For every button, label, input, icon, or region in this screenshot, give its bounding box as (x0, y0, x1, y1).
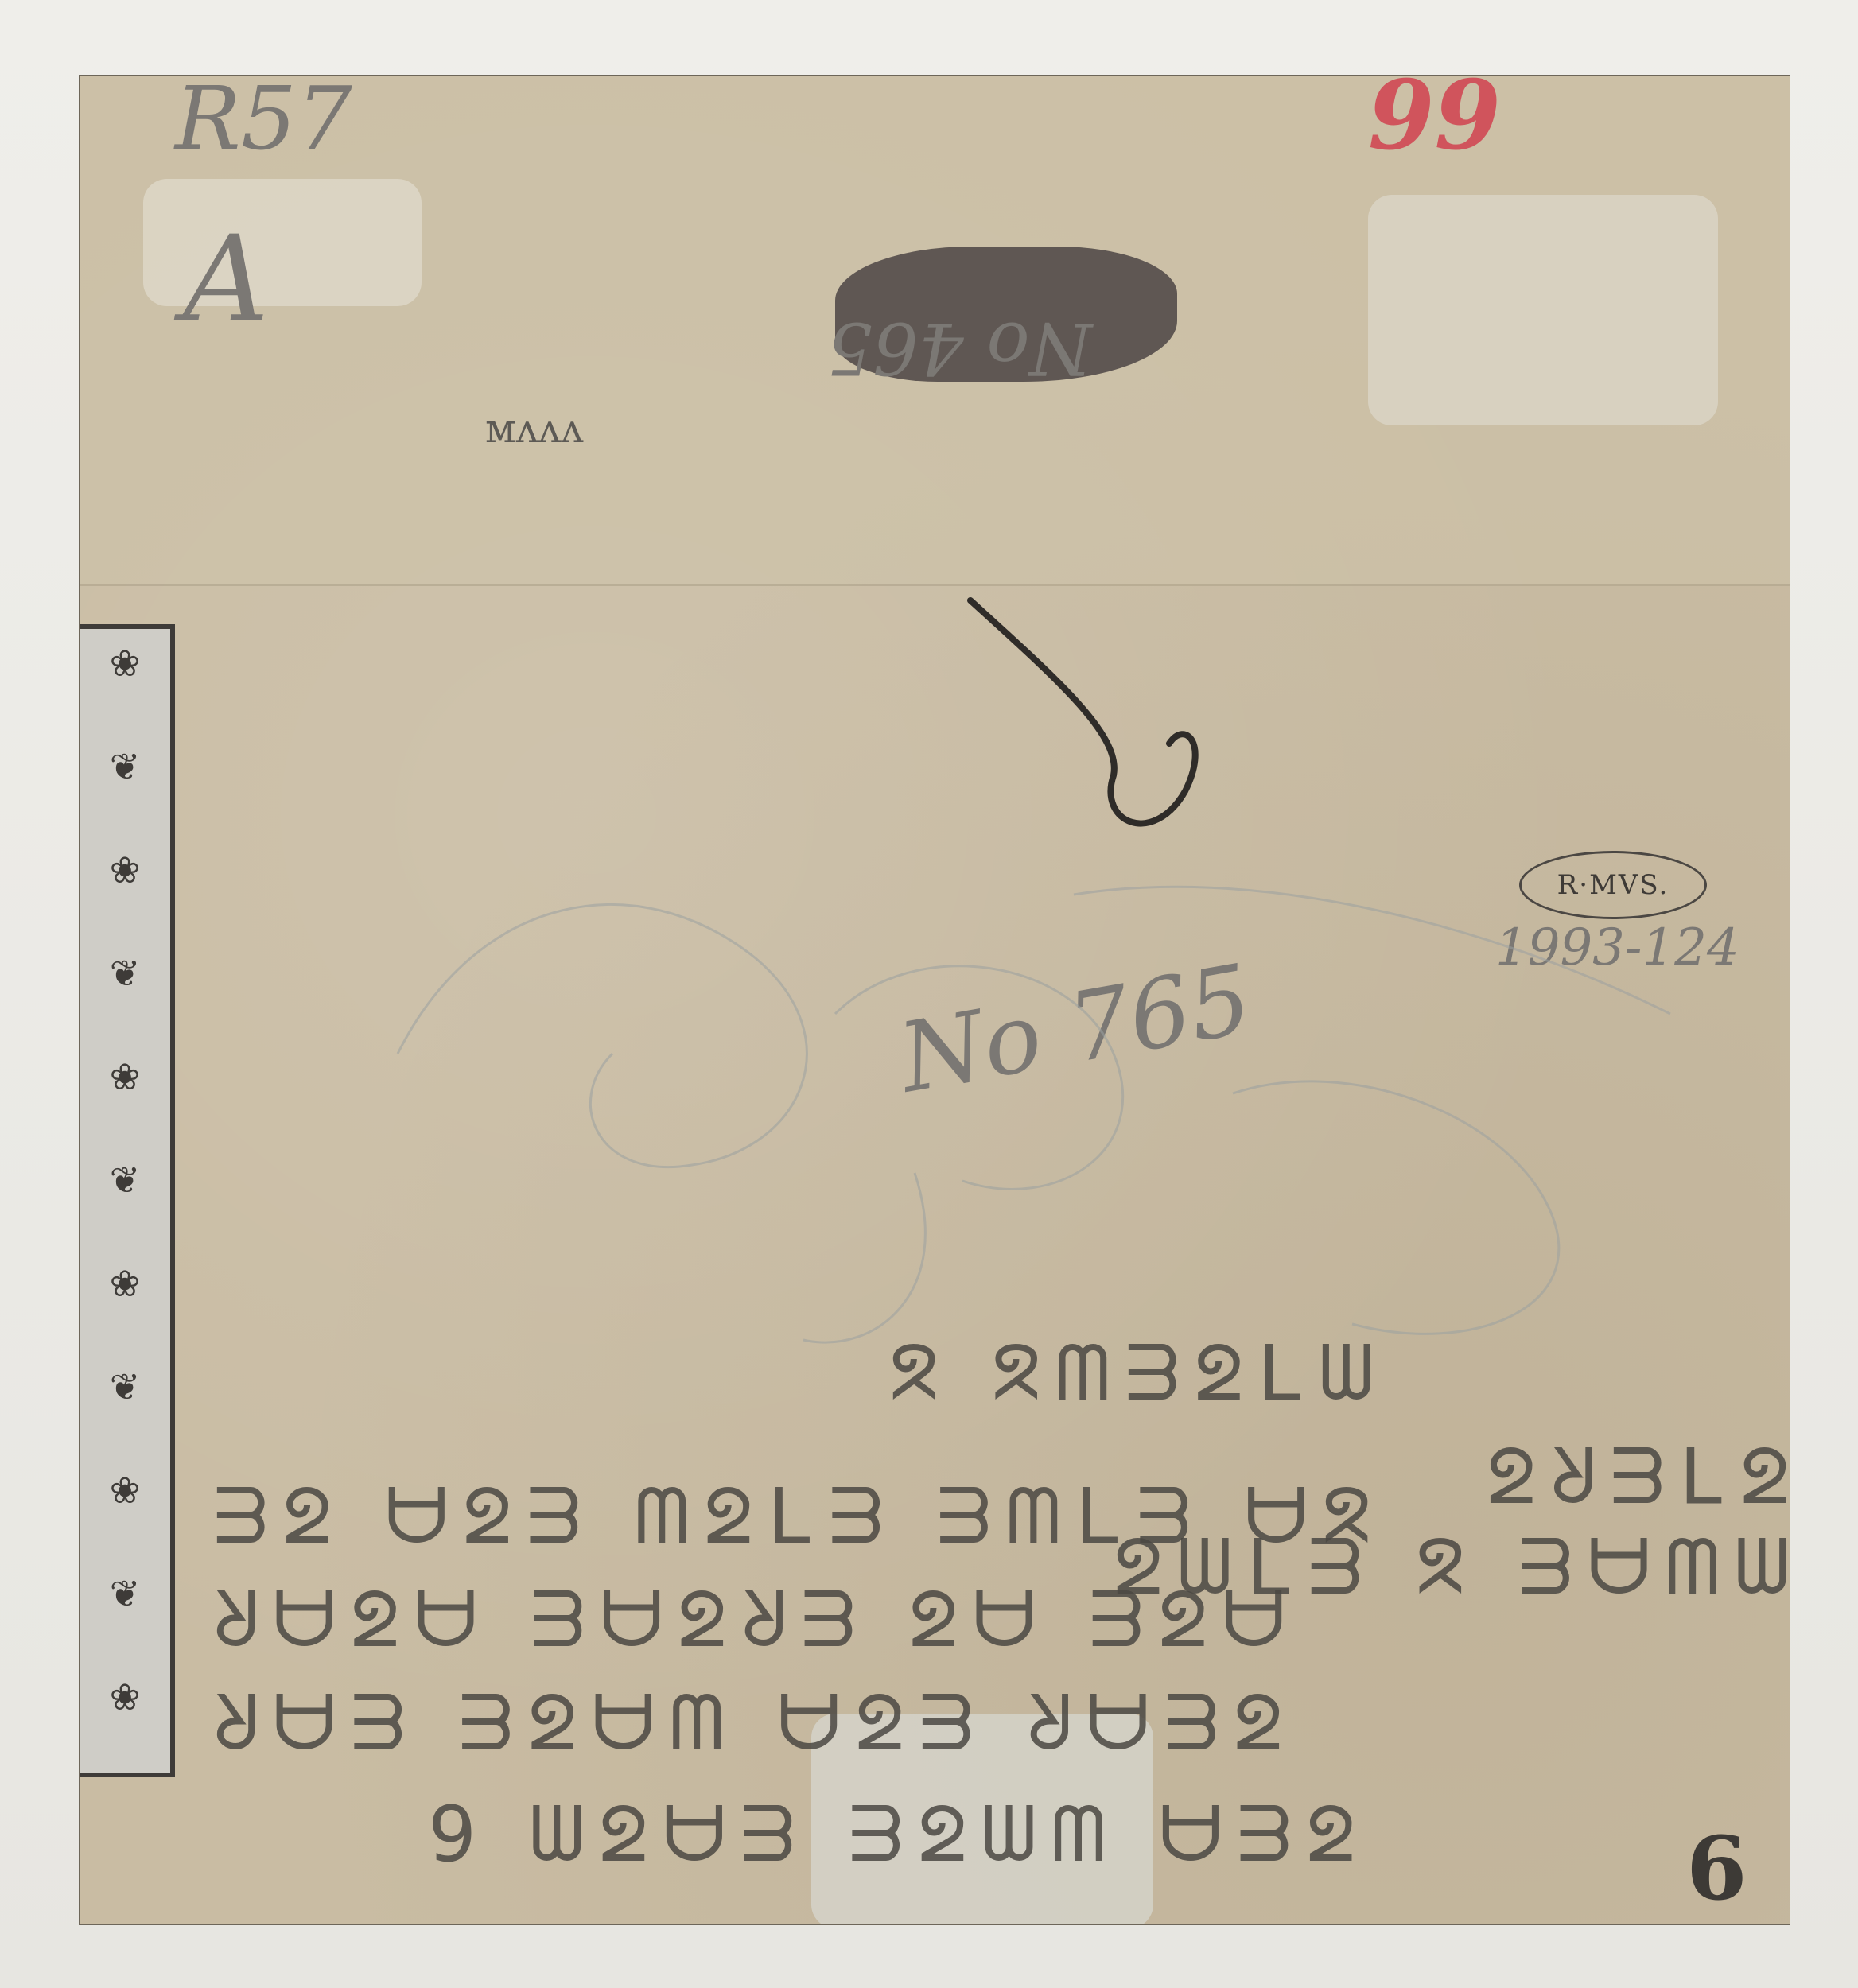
flower-icon: ❀ (87, 645, 162, 681)
red-crayon-number: 99 (1368, 76, 1501, 172)
script-line-1: ᗰᒣᘔᗴᗯᘜ ᘜ (875, 1324, 1374, 1415)
decorative-floral-border: ❀ ❦ ❀ ❦ ❀ ❦ ❀ ❦ ❀ ❦ ❀ (80, 624, 175, 1777)
inventory-number-upper: No 465 (827, 306, 1092, 390)
script-line-5: ᘔᗴᗩᖇ ᗴᘔᗩ ᗯᗩᘔᗴ ᗴᗩᖇ (199, 1674, 1283, 1765)
vine-icon: ❦ (87, 955, 162, 992)
vine-icon: ❦ (87, 1162, 162, 1198)
flower-icon: ❀ (87, 1265, 162, 1302)
faint-underdrawing (358, 815, 1710, 1372)
flower-icon: ❀ (87, 1679, 162, 1715)
vine-icon: ❦ (87, 748, 162, 785)
script-line-4: ᗩᘔᗴ ᗩᘔ ᗴᖇᘔᗩᗴ ᗩᘔᗩᖇ (199, 1571, 1285, 1661)
pencil-mark-r57: R57 (175, 76, 352, 169)
paper-leaf: R57 A 99 No 465 ᴍᴧᴧᴧ No 765 R·MVS. 1993-… (80, 76, 1790, 1924)
flower-icon: ❀ (87, 852, 162, 888)
glue-residue-right (1368, 195, 1718, 425)
script-line-6: ᘔᗴᗩ ᗯᗰᘔᗴ ᗴᗩᘔᗰ 6 (414, 1785, 1355, 1876)
vine-icon: ❦ (87, 1369, 162, 1405)
corner-mark: 6 (1686, 1817, 1747, 1920)
pencil-letter-a: A (183, 211, 269, 349)
upper-ink-note: ᴍᴧᴧᴧ (485, 406, 584, 452)
script-line-3: ᘜᗩ ᗴᒣᗯᗴ ᗴᒣᘔᗯ ᗴᘔᗩ ᘔᗴ (199, 1467, 1371, 1558)
vine-icon: ❦ (87, 1575, 162, 1612)
flower-icon: ❀ (87, 1472, 162, 1508)
flower-icon: ❀ (87, 1058, 162, 1095)
